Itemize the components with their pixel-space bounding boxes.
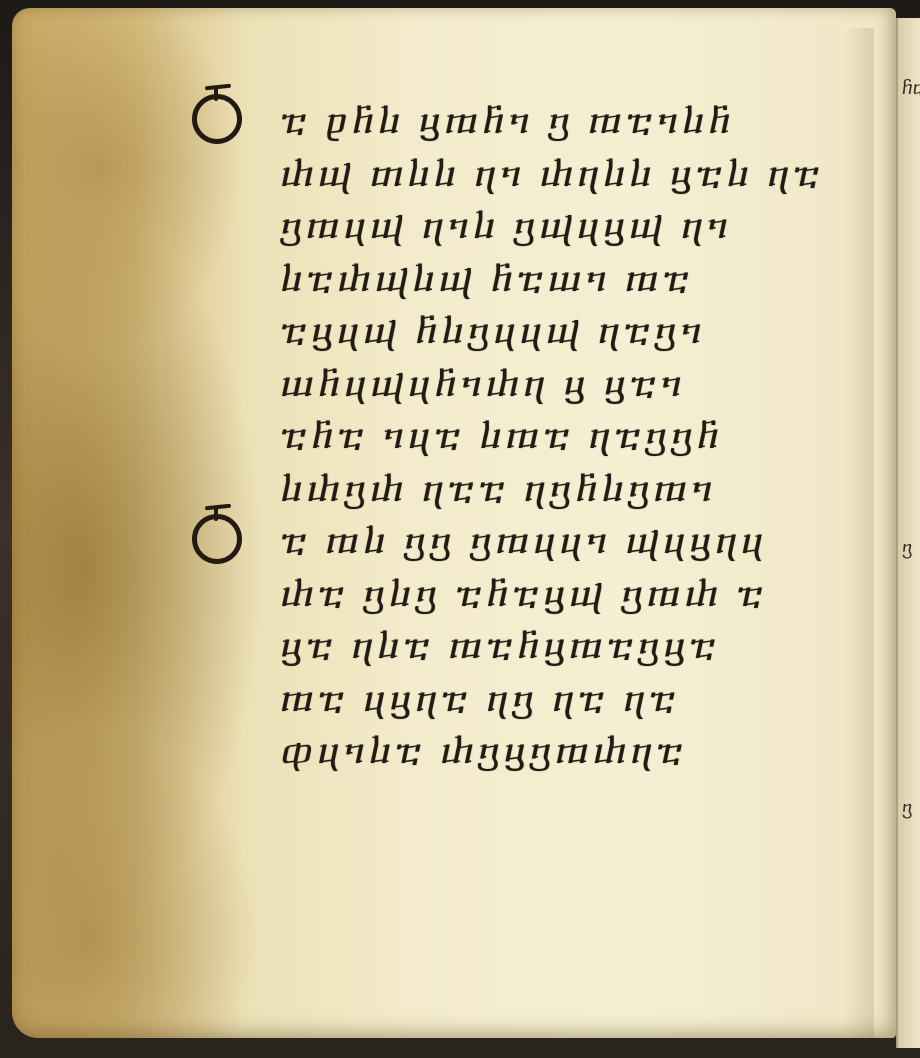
decorated-initial	[192, 94, 242, 144]
edge-glyph: ⴂ	[902, 538, 912, 559]
manuscript-line: ⴑⴀⴐⴓⴑⴓ ⴌⴀⴍⴈ ⴊⴀ	[198, 254, 838, 307]
manuscript-line: ⴔⴗⴈⴑⴀ ⴐⴂⴁⴂⴊⴐⴄⴀ	[198, 726, 838, 779]
manuscript-text: ⴀ ⴒⴌⴑ ⴁⴊⴌⴈ ⴂ ⴊⴀⴈⴑⴌ ⴐⴓ ⴇⴑⴑ ⴄⴈ ⴐⴄⴑⴑ ⴁⴀⴑ ⴄⴀ…	[198, 96, 838, 779]
manuscript-line: ⴍⴌⴗⴓⴗⴌⴈⴐⴄ ⴁ ⴁⴀⴈ	[198, 359, 838, 412]
manuscript-line: ⴑⴐⴂⴐ ⴄⴀⴀ ⴄⴂⴌⴑⴂⴊⴈ	[198, 464, 838, 517]
adjacent-page-edge: ⴌⴀ ⴂ ⴂ	[896, 18, 920, 1048]
manuscript-line: ⴀ ⴊⴑ ⴂⴂ ⴂⴊⴗⴗⴈ ⴓⴗⴁⴄⴗ	[198, 516, 838, 569]
parchment-page: ⴀ ⴒⴌⴑ ⴁⴊⴌⴈ ⴂ ⴊⴀⴈⴑⴌ ⴐⴓ ⴇⴑⴑ ⴄⴈ ⴐⴄⴑⴑ ⴁⴀⴑ ⴄⴀ…	[12, 8, 896, 1038]
manuscript-line: ⴀⴁⴗⴓ ⴌⴑⴂⴗⴗⴓ ⴄⴀⴂⴈ	[198, 306, 838, 359]
manuscript-line: ⴀⴌⴀ ⴈⴗⴀ ⴑⴊⴀ ⴄⴀⴂⴂⴌ	[198, 411, 838, 464]
edge-glyph: ⴌⴀ	[902, 78, 920, 99]
manuscript-line: ⴀ ⴒⴌⴑ ⴁⴊⴌⴈ ⴂ ⴊⴀⴈⴑⴌ	[198, 96, 838, 149]
manuscript-line: ⴐⴀ ⴂⴑⴂ ⴀⴌⴀⴁⴓ ⴂⴊⴐ ⴀ	[198, 569, 838, 622]
manuscript-line: ⴐⴓ ⴇⴑⴑ ⴄⴈ ⴐⴄⴑⴑ ⴁⴀⴑ ⴄⴀ	[198, 149, 838, 202]
manuscript-line: ⴂⴊⴗⴓ ⴄⴈⴑ ⴂⴓⴗⴁⴓ ⴄⴈ	[198, 201, 838, 254]
manuscript-line: ⴊⴀ ⴗⴁⴄⴀ ⴄⴂ ⴄⴀ ⴄⴀ	[198, 674, 838, 727]
gutter-shadow	[844, 28, 874, 1038]
edge-glyph: ⴂ	[902, 798, 912, 819]
manuscript-line: ⴁⴀ ⴄⴑⴀ ⴊⴀⴌⴁⴊⴀⴂⴁⴀ	[198, 621, 838, 674]
decorated-initial	[192, 514, 242, 564]
